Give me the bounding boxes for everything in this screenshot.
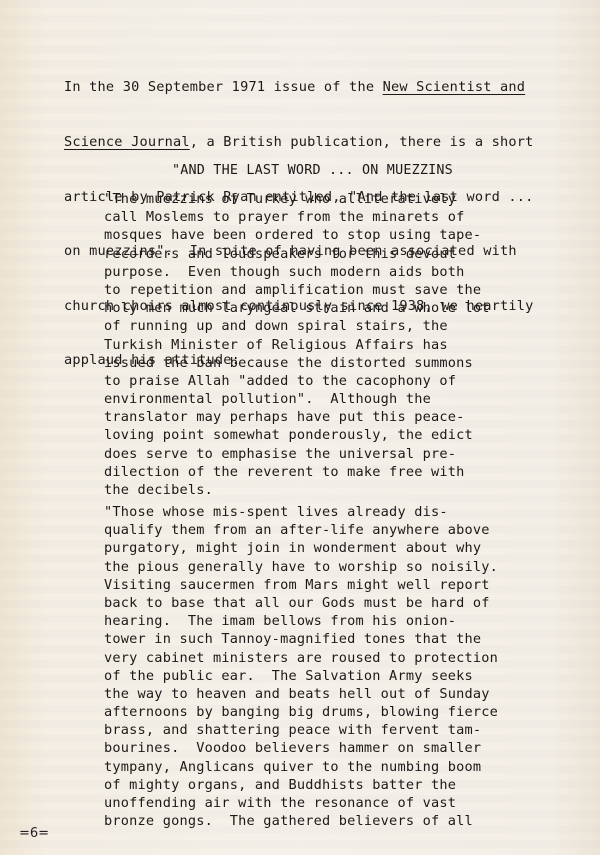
quote-line: bourines. Voodoo believers hammer on sma…: [104, 739, 498, 757]
quote-line: of mighty organs, and Buddhists batter t…: [104, 776, 498, 794]
document-page: In the 30 September 1971 issue of the Ne…: [0, 0, 600, 855]
quote-line: bronze gongs. The gathered believers of …: [104, 812, 498, 830]
quote-line: holy men much laryngeal strain and a who…: [104, 299, 490, 317]
quote-line: dilection of the reverent to make free w…: [104, 463, 490, 481]
intro-line: Science Journal, a British publication, …: [64, 133, 534, 151]
quote-line: purpose. Even though such modern aids bo…: [104, 263, 490, 281]
quote-line: loving point somewhat ponderously, the e…: [104, 426, 490, 444]
quote-line: afternoons by banging big drums, blowing…: [104, 703, 498, 721]
article-heading: "AND THE LAST WORD ... ON MUEZZINS: [172, 162, 453, 180]
page-number: =6=: [19, 826, 49, 841]
quote-line: brass, and shattering peace with fervent…: [104, 721, 498, 739]
quote-line: does serve to emphasise the universal pr…: [104, 445, 490, 463]
quote-line: qualify them from an after-life anywhere…: [104, 521, 498, 539]
quote-line: "Those whose mis-spent lives already dis…: [104, 503, 498, 521]
quote-line: very cabinet ministers are roused to pro…: [104, 649, 498, 667]
quote-paragraph-2: "Those whose mis-spent lives already dis…: [104, 503, 498, 830]
quote-line: hearing. The imam bellows from his onion…: [104, 612, 498, 630]
quote-line: "The muezzins of Turkey who alliterative…: [104, 190, 490, 208]
quote-paragraph-1: "The muezzins of Turkey who alliterative…: [104, 190, 490, 499]
quote-line: environmental pollution". Although the: [104, 390, 490, 408]
quote-line: issued the ban because the distorted sum…: [104, 354, 490, 372]
quote-line: tympany, Anglicans quiver to the numbing…: [104, 758, 498, 776]
quote-line: of running up and down spiral stairs, th…: [104, 317, 490, 335]
quote-line: call Moslems to prayer from the minarets…: [104, 208, 490, 226]
publication-title-cont: Science Journal: [64, 134, 190, 150]
quote-line: the pious generally have to worship so n…: [104, 558, 498, 576]
quote-line: Turkish Minister of Religious Affairs ha…: [104, 336, 490, 354]
quote-line: back to base that all our Gods must be h…: [104, 594, 498, 612]
quote-line: translator may perhaps have put this pea…: [104, 408, 490, 426]
quote-line: the decibels.: [104, 481, 490, 499]
quote-line: of the public ear. The Salvation Army se…: [104, 667, 498, 685]
quote-line: to repetition and amplification must sav…: [104, 281, 490, 299]
quote-line: tower in such Tannoy-magnified tones tha…: [104, 630, 498, 648]
publication-title: New Scientist and: [383, 79, 526, 95]
quote-line: recorders and loudspeakers for this devo…: [104, 245, 490, 263]
quote-line: the way to heaven and beats hell out of …: [104, 685, 498, 703]
quote-line: unoffending air with the resonance of va…: [104, 794, 498, 812]
quote-line: Visiting saucermen from Mars might well …: [104, 576, 498, 594]
quote-line: purgatory, might join in wonderment abou…: [104, 539, 498, 557]
intro-line: In the 30 September 1971 issue of the Ne…: [64, 78, 534, 96]
quote-line: to praise Allah "added to the cacophony …: [104, 372, 490, 390]
quote-line: mosques have been ordered to stop using …: [104, 226, 490, 244]
